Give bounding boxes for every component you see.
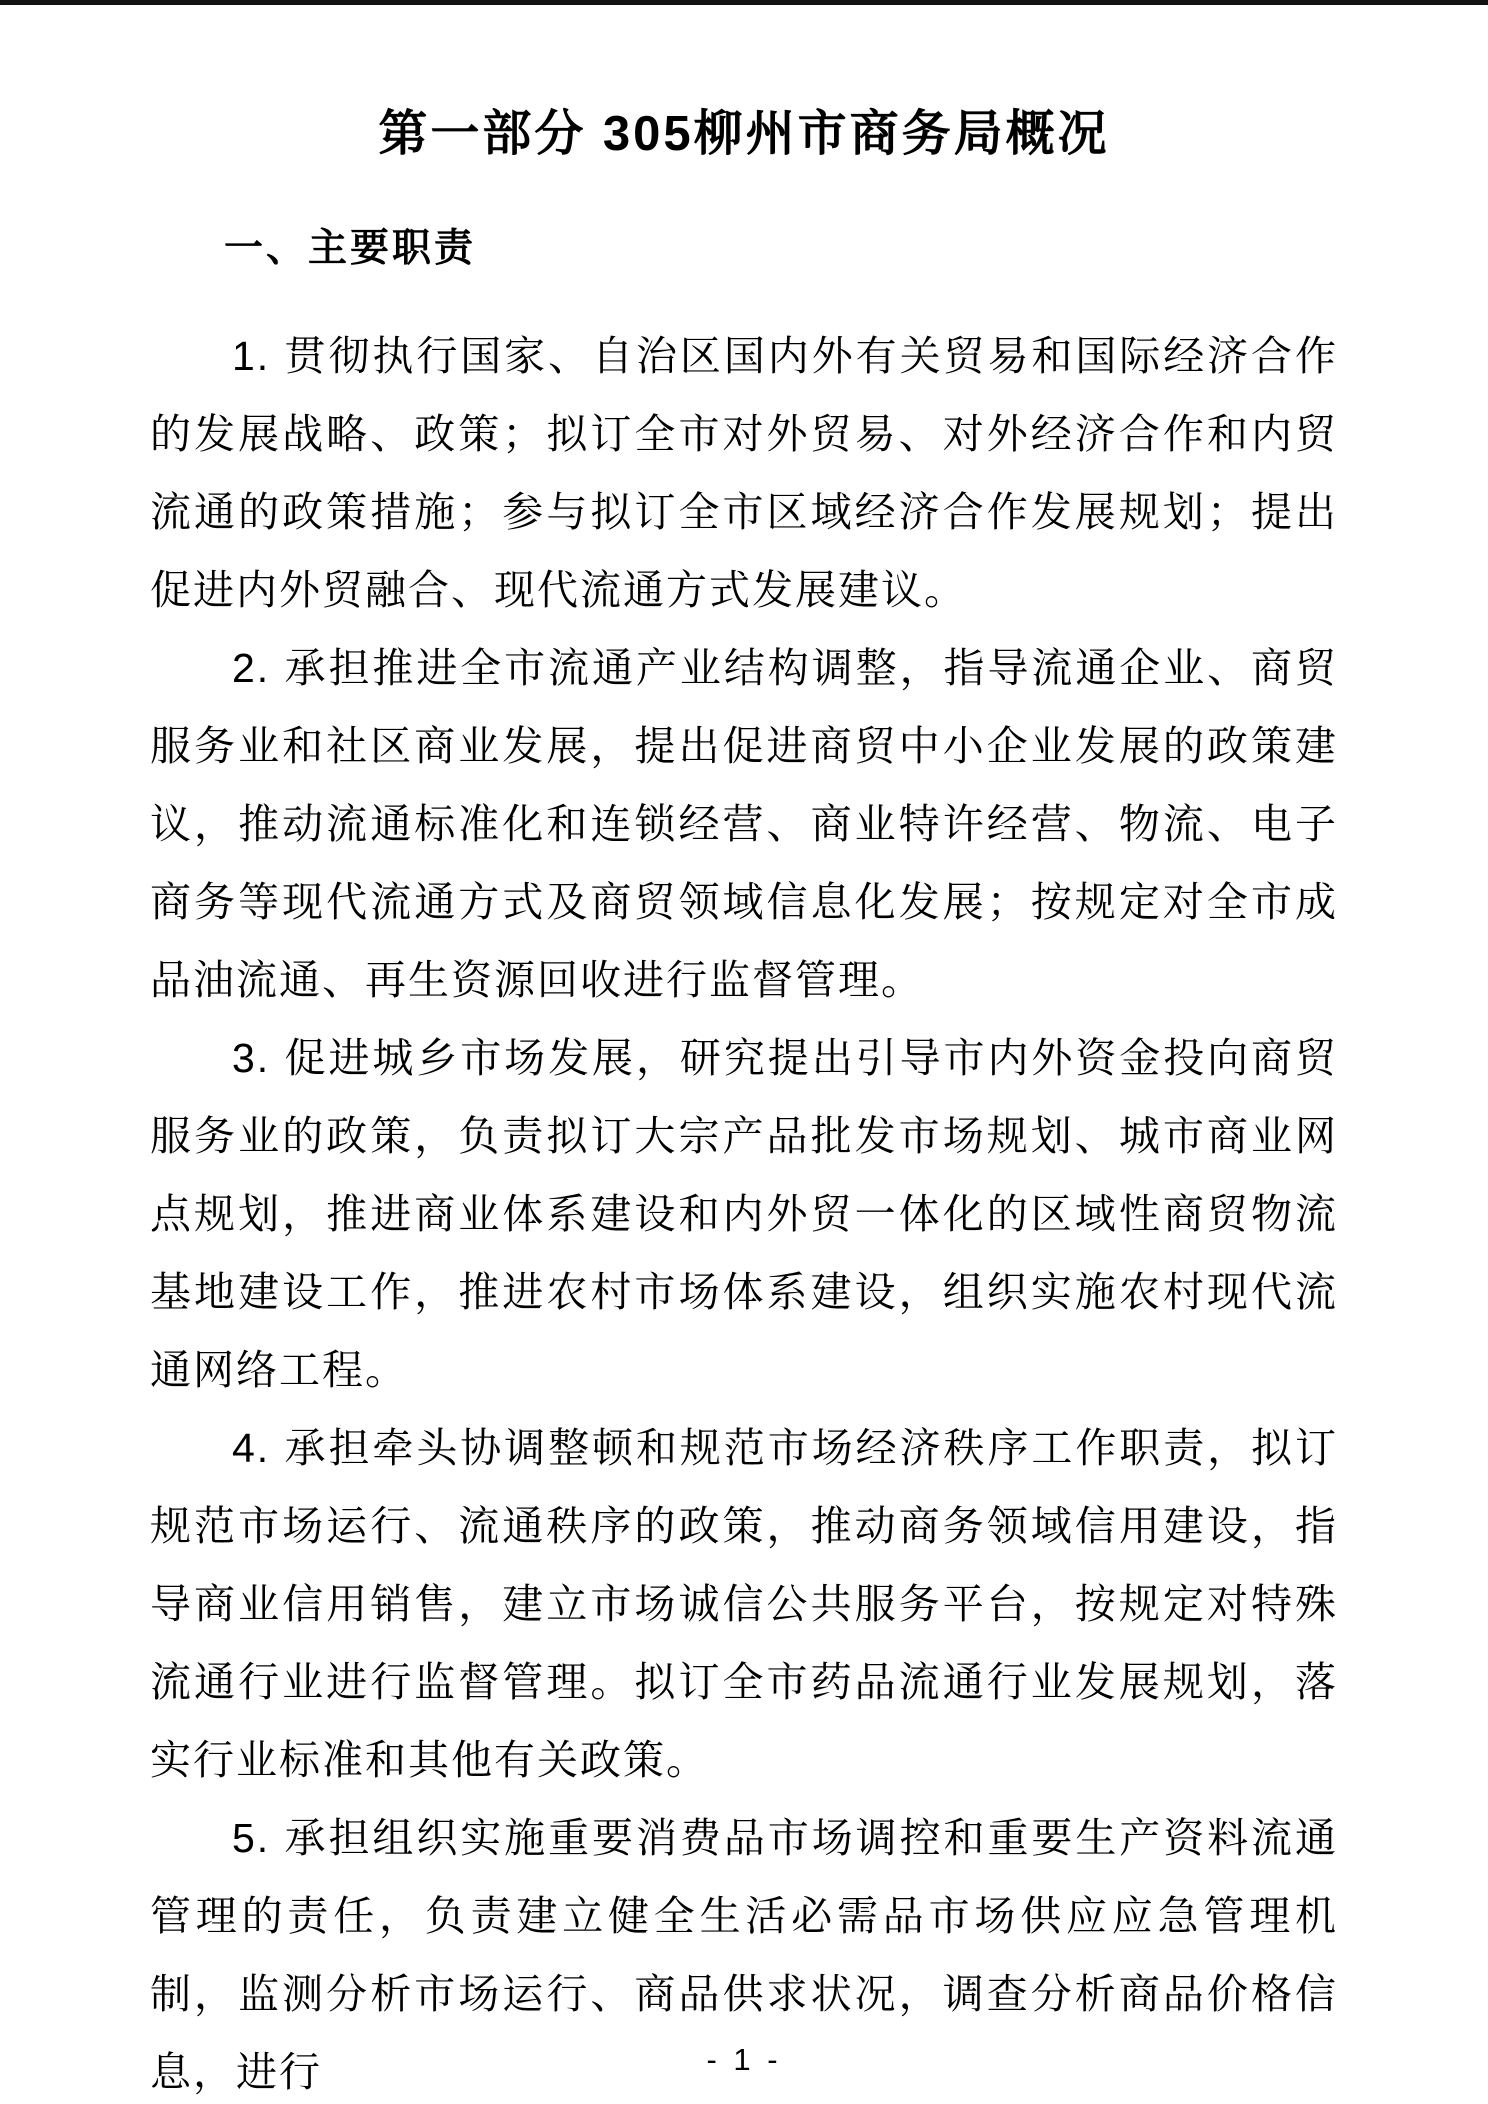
paragraph-1: 1. 贯彻执行国家、自治区国内外有关贸易和国际经济合作的发展战略、政策；拟订全市… xyxy=(150,317,1338,629)
scan-edge-bar xyxy=(0,0,1488,5)
body-text: 1. 贯彻执行国家、自治区国内外有关贸易和国际经济合作的发展战略、政策；拟订全市… xyxy=(150,317,1338,2104)
document-title: 第一部分 305柳州市商务局概况 xyxy=(150,95,1338,165)
paragraph-3: 3. 促进城乡市场发展，研究提出引导市内外资金投向商贸服务业的政策，负责拟订大宗… xyxy=(150,1019,1338,1409)
paragraph-2: 2. 承担推进全市流通产业结构调整，指导流通企业、商贸服务业和社区商业发展，提出… xyxy=(150,629,1338,1019)
page-number: - 1 - xyxy=(0,2042,1488,2078)
paragraph-4: 4. 承担牵头协调整顿和规范市场经济秩序工作职责，拟订规范市场运行、流通秩序的政… xyxy=(150,1409,1338,1799)
page-content: 第一部分 305柳州市商务局概况 一、主要职责 1. 贯彻执行国家、自治区国内外… xyxy=(0,95,1488,2104)
document-page: 第一部分 305柳州市商务局概况 一、主要职责 1. 贯彻执行国家、自治区国内外… xyxy=(0,0,1488,2104)
section-heading: 一、主要职责 xyxy=(150,217,1338,273)
